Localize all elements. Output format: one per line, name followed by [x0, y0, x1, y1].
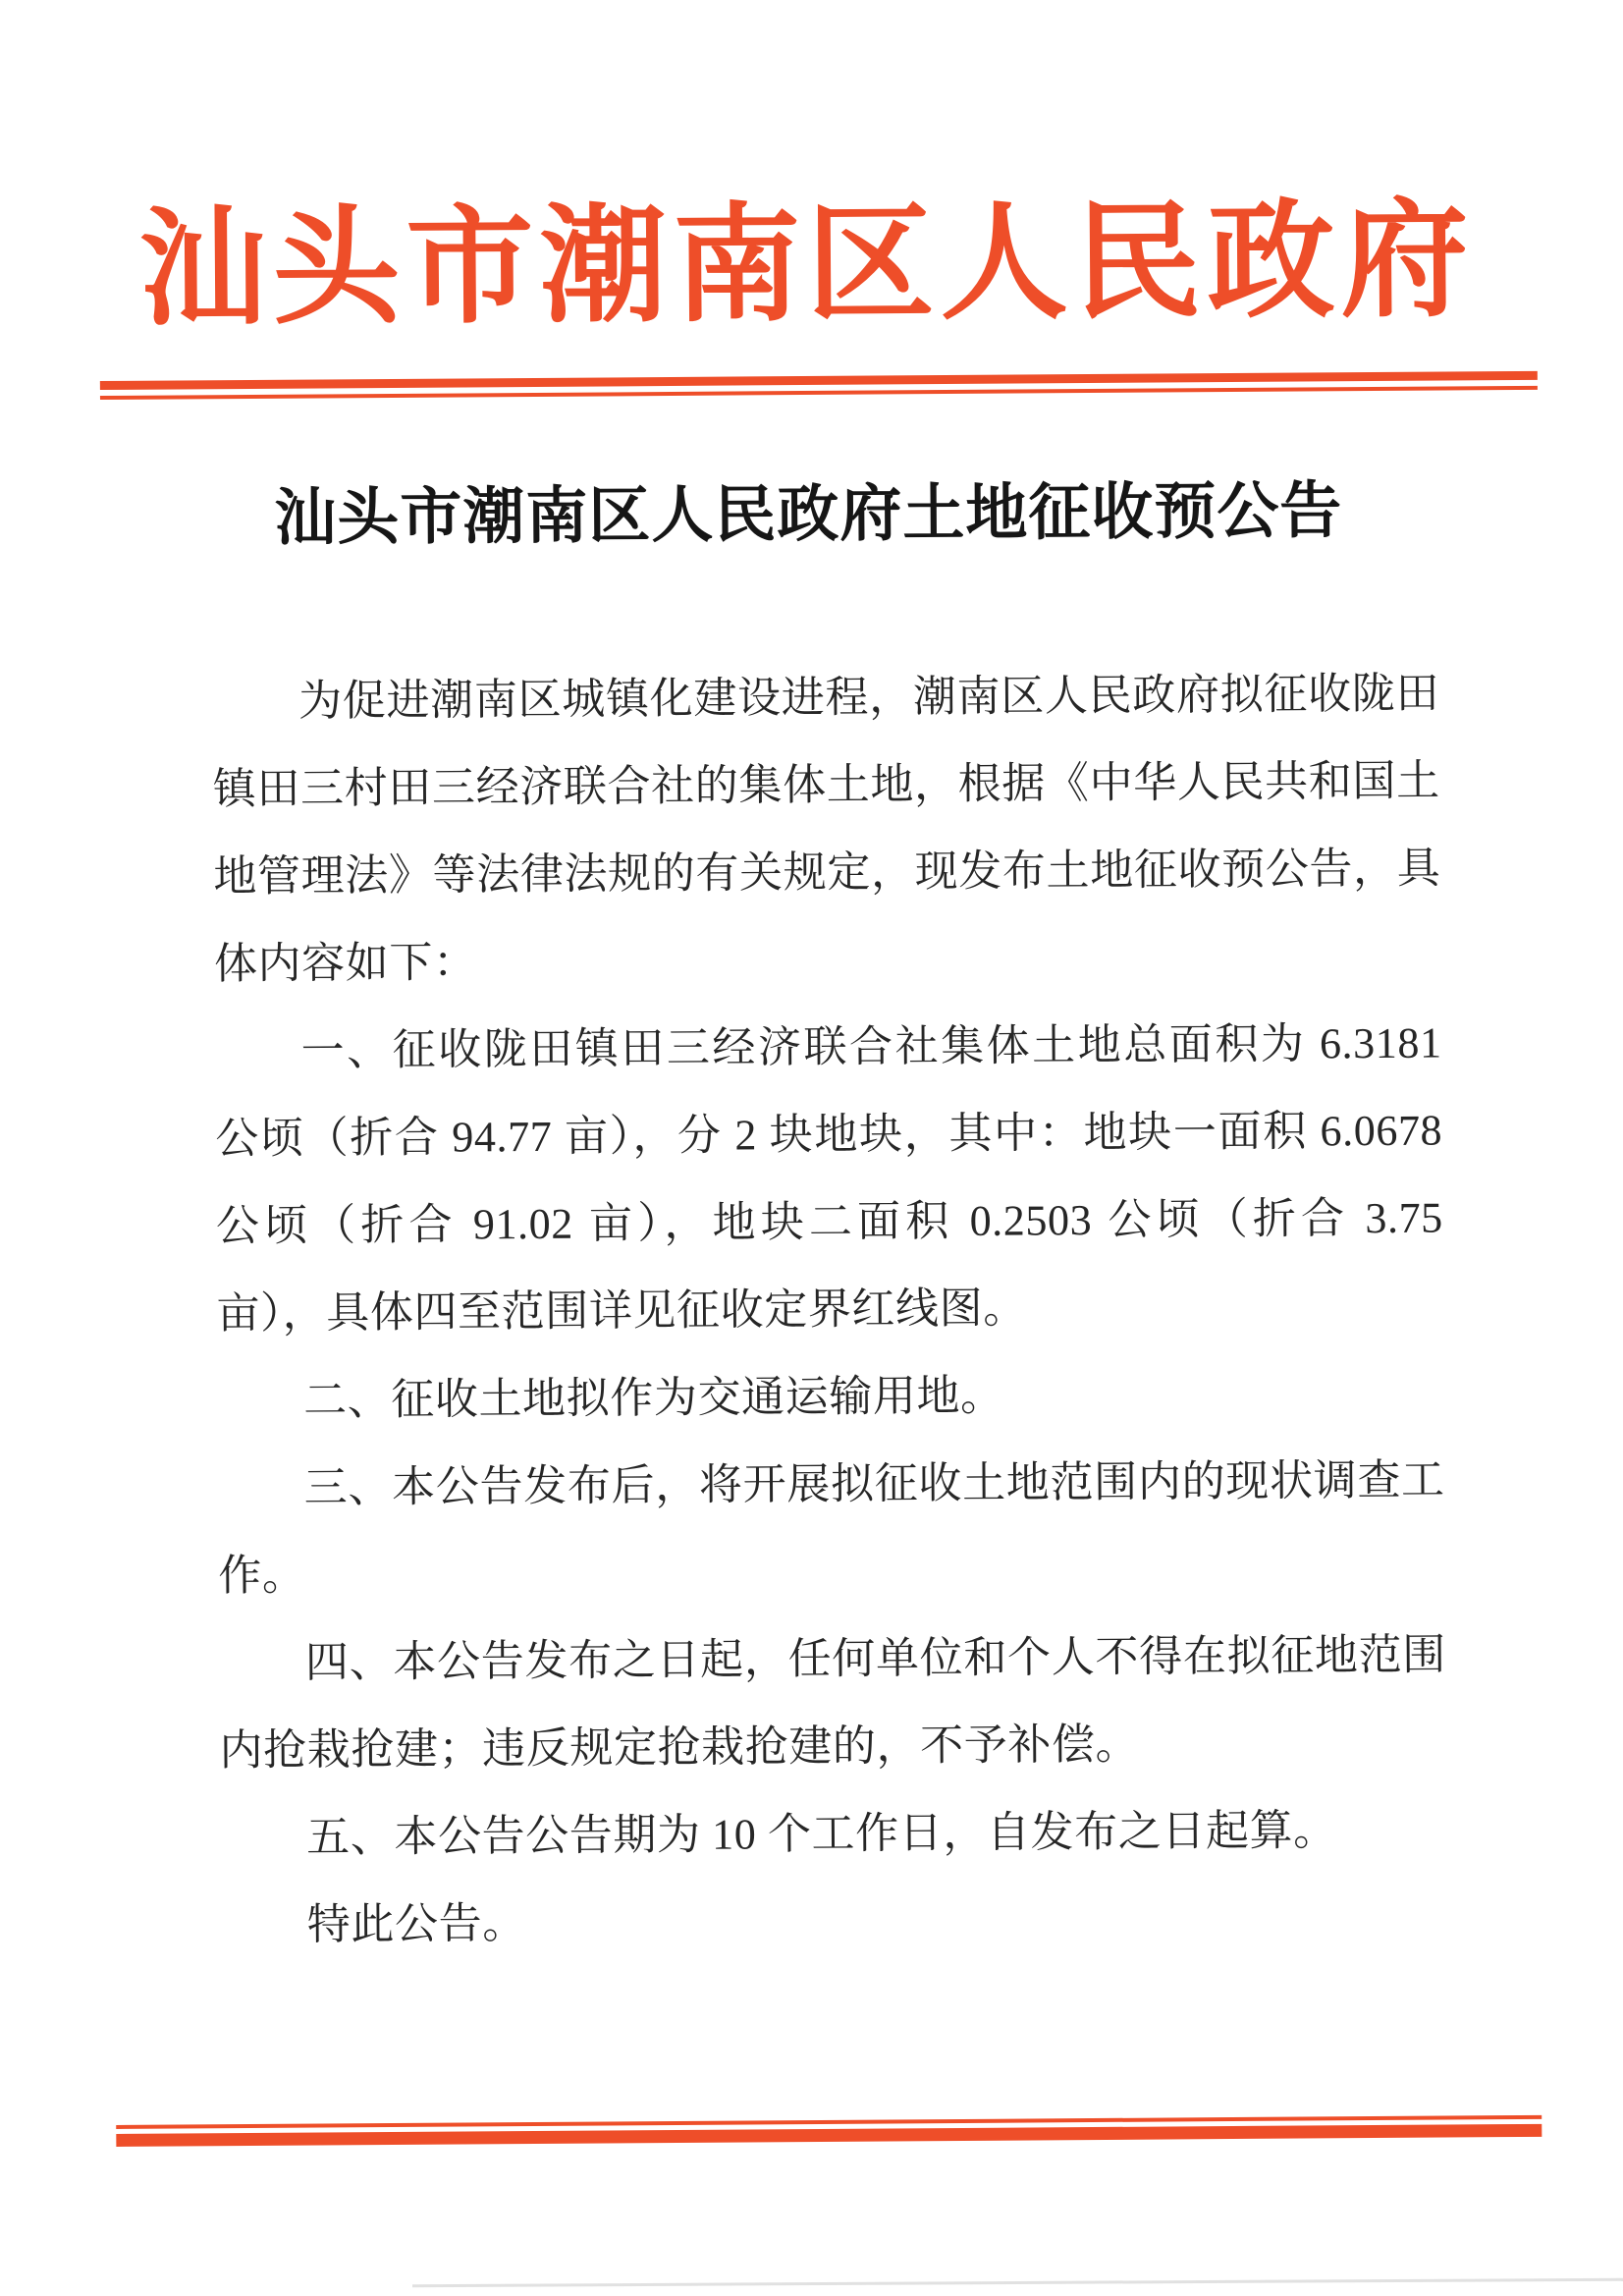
notice-body: 为促进潮南区城镇化建设进程，潮南区人民政府拟征收陇田镇田三村田三经济联合社的集体… [212, 650, 1448, 1970]
notice-paragraph-item-4: 四、本公告发布之日起，任何单位和个人不得在拟征地范围内抢栽抢建；违反规定抢栽抢建… [219, 1612, 1447, 1795]
notice-title: 汕头市潮南区人民政府土地征收预公告 [0, 475, 1620, 555]
letterhead-org-name: 汕头市潮南区人民政府 [0, 191, 1619, 343]
notice-paragraph-item-3: 三、本公告发布后，将开展拟征收土地范围内的现状调查工作。 [217, 1437, 1445, 1620]
notice-paragraph-closing: 特此公告。 [221, 1873, 1449, 1969]
notice-paragraph-item-5: 五、本公告公告期为 10 个工作日，自发布之日起算。 [220, 1786, 1448, 1883]
notice-paragraph-item-2: 二、征收土地拟作为交通运输用地。 [217, 1349, 1445, 1446]
scanned-notice-page: 汕头市潮南区人民政府 汕头市潮南区人民政府土地征收预公告 为促进潮南区城镇化建设… [0, 0, 1623, 2296]
notice-paragraph-intro: 为促进潮南区城镇化建设进程，潮南区人民政府拟征收陇田镇田三村田三经济联合社的集体… [212, 650, 1441, 1009]
notice-paragraph-item-1: 一、征收陇田镇田三经济联合社集体土地总面积为 6.3181 公顷（折合 94.7… [214, 1000, 1443, 1358]
document-content: 汕头市潮南区人民政府 汕头市潮南区人民政府土地征收预公告 为促进潮南区城镇化建设… [0, 0, 1623, 2296]
